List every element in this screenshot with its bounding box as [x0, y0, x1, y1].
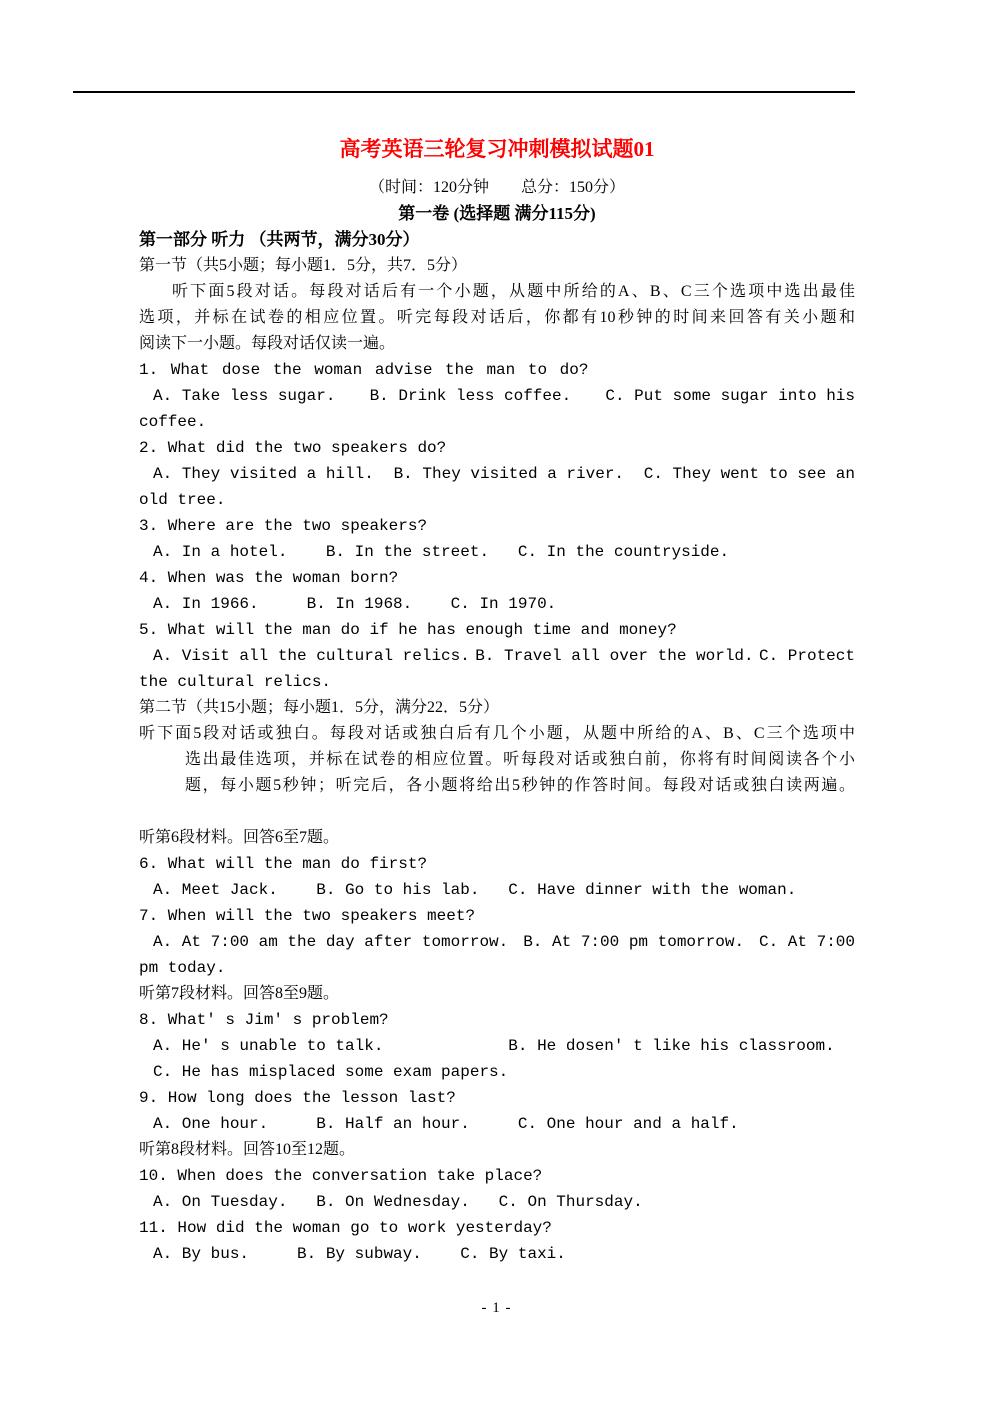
- question-line: 9. How long does the lesson last?: [139, 1085, 855, 1111]
- options-line: A. In a hotel. B. In the street. C. In t…: [139, 539, 855, 565]
- material-cue-line: 听第7段材料。回答8至9题。: [139, 981, 855, 1007]
- instructions-line: 听下面5段对话或独白。每段对话或独白后有几个小题，从题中所给的A、B、C三个选项…: [139, 721, 855, 747]
- options-line: A. By bus. B. By subway. C. By taxi.: [139, 1241, 855, 1267]
- header-divider-rule: [73, 91, 855, 93]
- question-line: 6. What will the man do first?: [139, 851, 855, 877]
- document-content: 高考英语三轮复习冲刺模拟试题01 （时间：120分钟 总分：150分） 第一卷 …: [139, 130, 855, 1267]
- instructions-line: 阅读下一小题。每段对话仅读一遍。: [139, 331, 855, 357]
- body-lines: 第一部分 听力 （共两节，满分30分）第一节（共5小题；每小题1．5分，共7．5…: [139, 227, 855, 1267]
- question-line: 2. What did the two speakers do?: [139, 435, 855, 461]
- subsection-heading: 第二节（共15小题；每小题1．5分，满分22．5分）: [139, 695, 855, 721]
- instructions-line: 题，每小题5秒钟；听完后，各小题将给出5秒钟的作答时间。每段对话或独白读两遍。: [139, 773, 855, 799]
- option-segment: C. Put some sugar into his: [605, 383, 855, 409]
- question-line: 10. When does the conversation take plac…: [139, 1163, 855, 1189]
- question-line: 1. What dose the woman advise the man to…: [139, 357, 855, 383]
- volume-heading: 第一卷 (选择题 满分115分): [139, 201, 855, 227]
- question-line: 5. What will the man do if he has enough…: [139, 617, 855, 643]
- options-line: A. Take less sugar.B. Drink less coffee.…: [139, 383, 855, 409]
- options-line: A. At 7:00 am the day after tomorrow.B. …: [139, 929, 855, 955]
- options-line: A. Meet Jack. B. Go to his lab. C. Have …: [139, 877, 855, 903]
- subsection-heading: 第一节（共5小题；每小题1．5分，共7．5分）: [139, 253, 855, 279]
- options-line: A. He' s unable to talk. B. He dosen' t …: [139, 1033, 855, 1059]
- material-cue-line: 听第6段材料。回答6至7题。: [139, 825, 855, 851]
- options-line: A. One hour. B. Half an hour. C. One hou…: [139, 1111, 855, 1137]
- question-line: 8. What' s Jim' s problem?: [139, 1007, 855, 1033]
- question-line: 4. When was the woman born?: [139, 565, 855, 591]
- option-segment: A. Visit all the cultural relics.: [153, 643, 470, 669]
- options-line: C. He has misplaced some exam papers.: [139, 1059, 855, 1085]
- option-segment: A. At 7:00 am the day after tomorrow.: [153, 929, 508, 955]
- blank-line: [139, 799, 855, 825]
- options-line: A. In 1966. B. In 1968. C. In 1970.: [139, 591, 855, 617]
- option-segment: B. At 7:00 pm tomorrow.: [523, 929, 744, 955]
- option-segment: B. Travel all over the world.: [475, 643, 753, 669]
- instructions-line: 听下面5段对话。每段对话后有一个小题，从题中所给的A、B、C三个选项中选出最佳: [139, 279, 855, 305]
- option-segment: C. At 7:00: [759, 929, 855, 955]
- material-cue-line: 听第8段材料。回答10至12题。: [139, 1137, 855, 1163]
- option-continuation-line: the cultural relics.: [139, 669, 855, 695]
- options-line: A. On Tuesday. B. On Wednesday. C. On Th…: [139, 1189, 855, 1215]
- instructions-line: 选出最佳选项，并标在试卷的相应位置。听每段对话或独白前，你将有时间阅读各个小: [139, 747, 855, 773]
- question-line: 11. How did the woman go to work yesterd…: [139, 1215, 855, 1241]
- options-line: A. They visited a hill.B. They visited a…: [139, 461, 855, 487]
- option-segment: B. Drink less coffee.: [370, 383, 572, 409]
- option-continuation-line: pm today.: [139, 955, 855, 981]
- option-continuation-line: old tree.: [139, 487, 855, 513]
- option-segment: A. They visited a hill.: [153, 461, 374, 487]
- option-segment: B. They visited a river.: [394, 461, 624, 487]
- page-number: - 1 -: [0, 1300, 993, 1317]
- exam-time-score-line: （时间：120分钟 总分：150分）: [139, 175, 855, 201]
- instructions-line: 选项，并标在试卷的相应位置。听完每段对话后，你都有10秒钟的时间来回答有关小题和: [139, 305, 855, 331]
- option-continuation-line: coffee.: [139, 409, 855, 435]
- question-line: 3. Where are the two speakers?: [139, 513, 855, 539]
- page-title: 高考英语三轮复习冲刺模拟试题01: [139, 135, 855, 163]
- option-segment: C. Protect: [759, 643, 855, 669]
- options-line: A. Visit all the cultural relics.B. Trav…: [139, 643, 855, 669]
- question-line: 7. When will the two speakers meet?: [139, 903, 855, 929]
- section-heading: 第一部分 听力 （共两节，满分30分）: [139, 227, 855, 253]
- option-segment: A. Take less sugar.: [153, 383, 335, 409]
- option-segment: C. They went to see an: [644, 461, 855, 487]
- exam-paper-page: 高考英语三轮复习冲刺模拟试题01 （时间：120分钟 总分：150分） 第一卷 …: [0, 0, 993, 1404]
